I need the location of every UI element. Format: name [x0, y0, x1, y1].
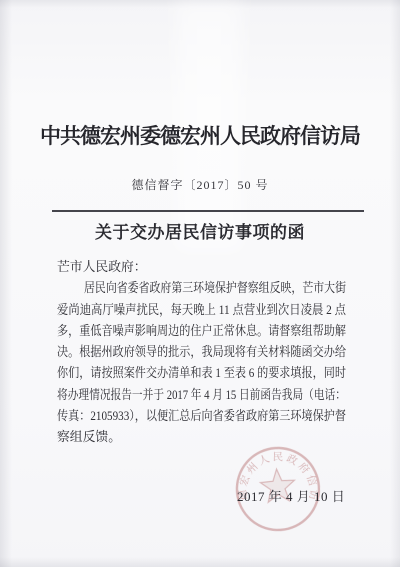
- body-line: 传真：2105933），以便汇总后向省委省政府第三环境保护督: [57, 406, 346, 427]
- body-line: 你们，请按照案件交办清单和表 1 至表 6 的要求填报，同时: [57, 363, 346, 384]
- body-line: 多，重低音噪声影响周边的住户正常休息。请督察组帮助解: [57, 321, 346, 342]
- letterhead-title: 中共德宏州委德宏州人民政府信访局: [0, 120, 400, 150]
- body-line: 察组反馈。: [57, 427, 346, 448]
- scanned-letter-page: 中共德宏州委德宏州人民政府信访局 德信督字〔2017〕50 号 关于交办居民信访…: [0, 0, 400, 567]
- header-rule-divider: [52, 210, 364, 212]
- signature-date: 2017 年 4 月 10 日: [237, 486, 345, 505]
- body-line: 决。根据州政府领导的批示，我局现将有关材料随函交办给: [57, 342, 346, 363]
- letter-body: 芒市人民政府： 居民向省委省政府第三环境保护督察组反映，芒市大街 爱尚迪高厅噪声…: [57, 257, 346, 449]
- document-number: 德信督字〔2017〕50 号: [0, 176, 400, 193]
- body-line: 居民向省委省政府第三环境保护督察组反映，芒市大街: [57, 278, 346, 299]
- body-line: 将办理情况报告一并于 2017 年 4 月 15 日前函告我局（电话：: [57, 385, 346, 406]
- body-line: 爱尚迪高厅噪声扰民，每天晚上 11 点营业到次日凌晨 2 点: [57, 300, 346, 321]
- document-title: 关于交办居民信访事项的函: [0, 218, 400, 243]
- salutation-line: 芒市人民政府：: [57, 257, 346, 278]
